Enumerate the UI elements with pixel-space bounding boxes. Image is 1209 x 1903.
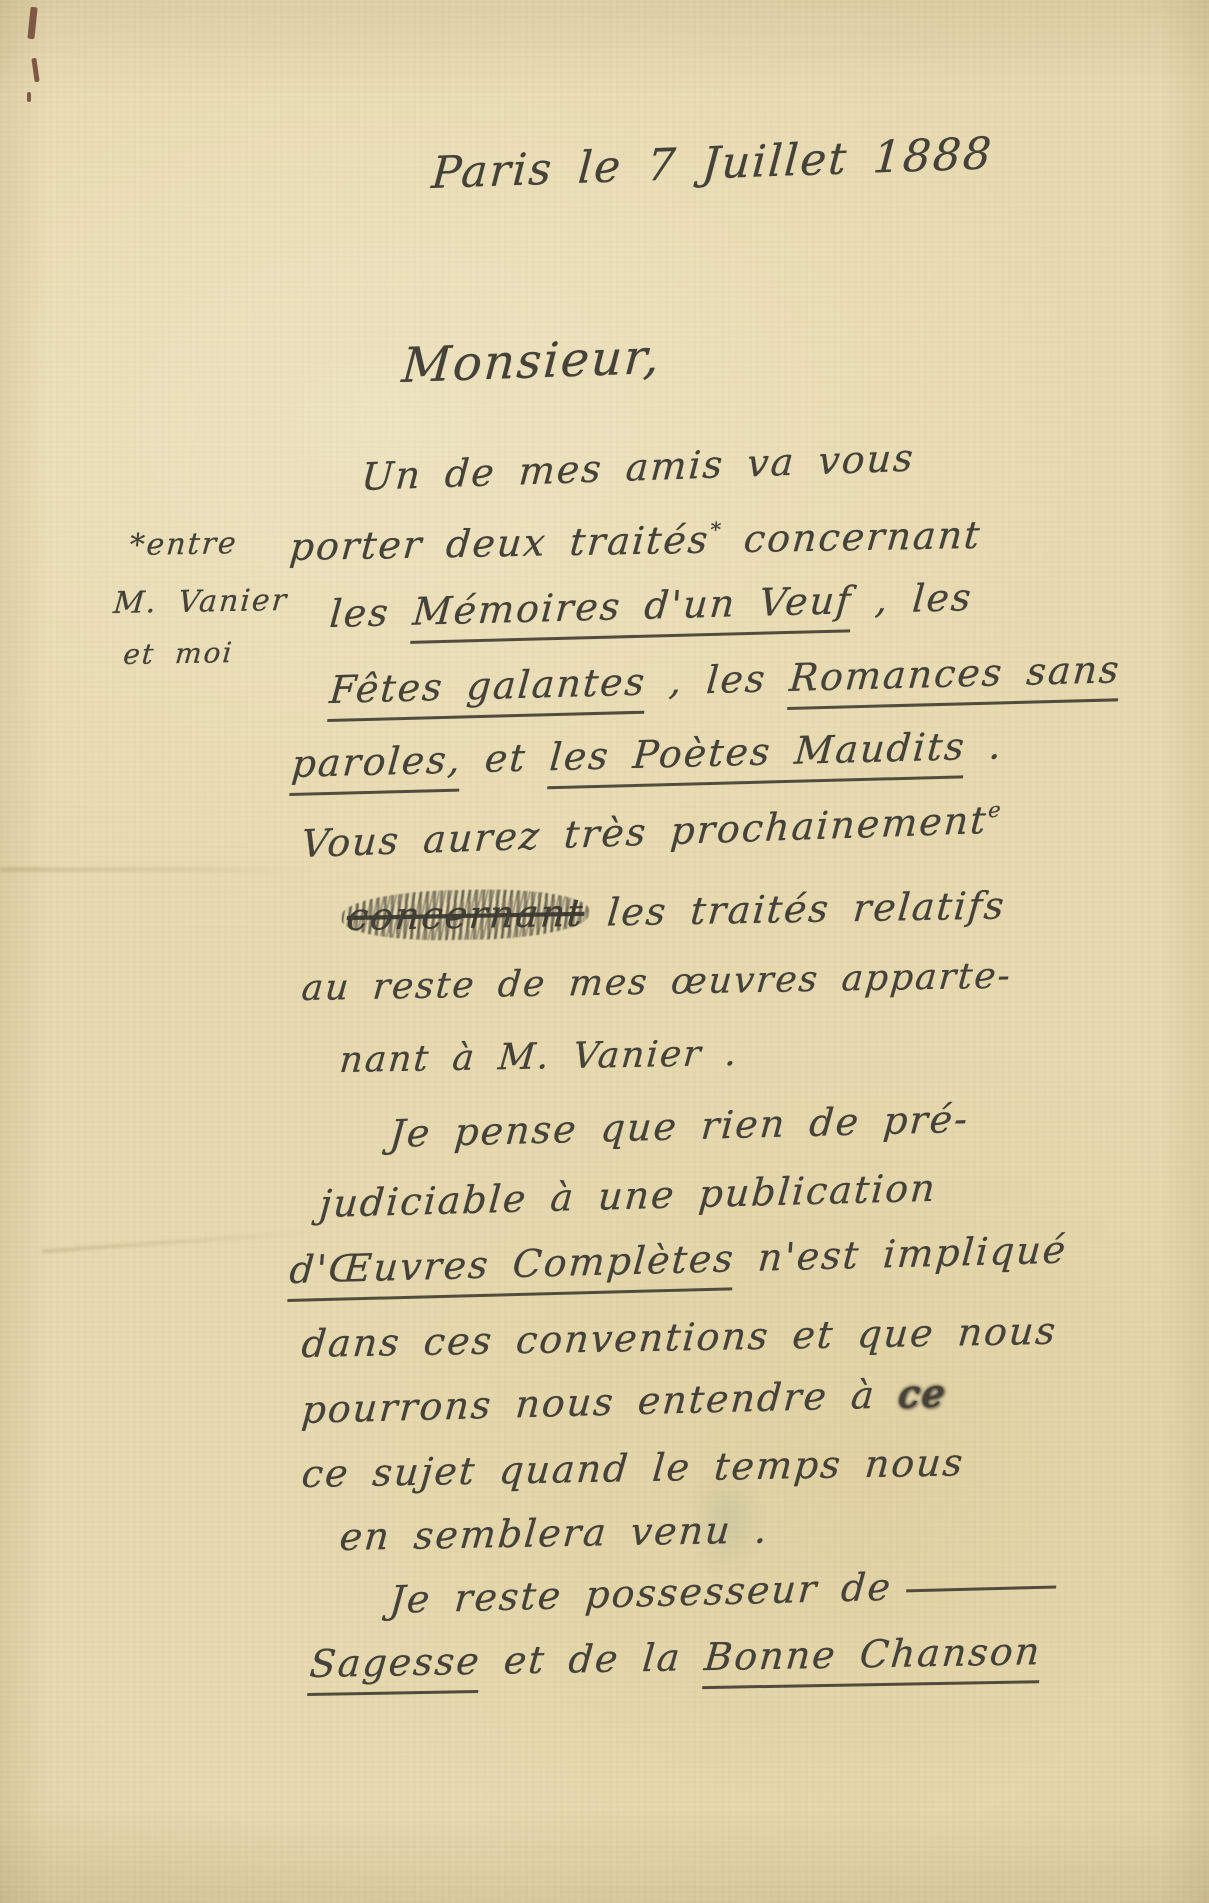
body-line: les Mémoires d'un Veuf , les [328,575,974,636]
handwriting-text: *entre [128,526,239,563]
underlined-title-text: Romances sans [787,647,1122,710]
handwriting-text: pourrons nous entendre à [300,1372,901,1432]
margin-note-line: M. Vanier [112,583,290,621]
body-line: concernant les traités relatifs [345,883,1008,939]
handwriting-text: Je pense que rien de pré- [388,1097,971,1156]
body-line: Un de mes amis va vous [360,436,916,499]
dateline: Paris le 7 Juillet 1888 [430,128,995,199]
edge-mark [27,7,37,40]
body-line: Je reste possesseur de [388,1560,1058,1622]
body-line: nant à M. Vanier . [338,1033,740,1081]
margin-note-line: et moi [122,636,235,671]
handwriting-text: , les [645,656,792,704]
body-line: ce sujet quand le temps nous [300,1440,966,1496]
body-line: Sagesse et de la Bonne Chanson [308,1629,1043,1686]
paper-crease [42,1230,322,1253]
edge-mark [27,92,31,102]
handwriting-text: nant à M. Vanier . [338,1033,740,1081]
body-line: au reste de mes œuvres apparte- [300,956,1014,1009]
handwriting-text: et de la [479,1635,707,1683]
edge-mark [31,58,39,82]
handwriting-text: M. Vanier [112,583,290,621]
handwriting-text: . [964,723,1005,768]
underlined-title-text: Fêtes galantes [327,660,648,722]
handwriting-text: Monsieur, [400,329,663,394]
handwriting-text: Un de mes amis va vous [360,436,916,499]
handwriting-text: les [328,590,415,636]
letter-page: Paris le 7 Juillet 1888Monsieur,Un de me… [0,0,1209,1903]
handwriting-text: les traités relatifs [582,883,1007,934]
underlined-title-text: Mémoires d'un Veuf [410,578,854,644]
paper-crease [0,868,312,871]
body-line: Fêtes galantes , les Romances sans [328,647,1122,712]
underlined-title-text: les Poètes Maudits [547,724,967,789]
crossed-out-word: concernant [345,891,586,939]
handwriting-text: , les [851,575,975,622]
handwriting-text: concernant [719,513,983,562]
ink-blotted-word: ce [897,1371,948,1416]
handwriting-text: au reste de mes œuvres apparte- [300,956,1014,1009]
salutation: Monsieur, [400,329,663,394]
body-line: d'Œuvres Complètes n'est impliqué [288,1228,1069,1292]
body-line: porter deux traités* concernant [288,513,983,569]
underlined-title-text: d'Œuvres Complètes [287,1236,736,1302]
reference-mark: e [987,798,1002,823]
body-line: paroles, et les Poètes Maudits . [290,723,1005,786]
margin-note-line: *entre [128,526,239,563]
body-line: Vous aurez très prochainemente [300,797,1002,866]
underlined-title-text: Bonne Chanson [702,1629,1044,1689]
handwriting-text: et moi [122,636,235,671]
handwriting-text: n'est impliqué [733,1228,1069,1281]
body-line: Je pense que rien de pré- [388,1097,971,1156]
underlined-title-text: Sagesse [307,1639,483,1696]
handwriting-text: Paris le 7 Juillet 1888 [430,128,995,199]
handwriting-text: dans ces conventions et que nous [300,1309,1059,1366]
handwriting-text: en semblera venu . [338,1507,771,1559]
handwriting-text: et [460,735,551,781]
underlined-title-text: paroles, [289,737,463,796]
body-line: en semblera venu . [338,1507,771,1559]
handwriting-text: Vous aurez très prochainement [300,798,989,866]
handwriting-text: Je reste possesseur de [388,1565,894,1622]
body-line: dans ces conventions et que nous [300,1309,1059,1366]
handwriting-text: ce sujet quand le temps nous [300,1440,966,1496]
pen-flourish [906,1578,1057,1593]
body-line: pourrons nous entendre à ce [300,1371,948,1432]
handwriting-text: porter deux traités [288,518,711,569]
handwriting-text: judiciable à une publication [318,1166,939,1226]
body-line: judiciable à une publication [318,1166,939,1226]
